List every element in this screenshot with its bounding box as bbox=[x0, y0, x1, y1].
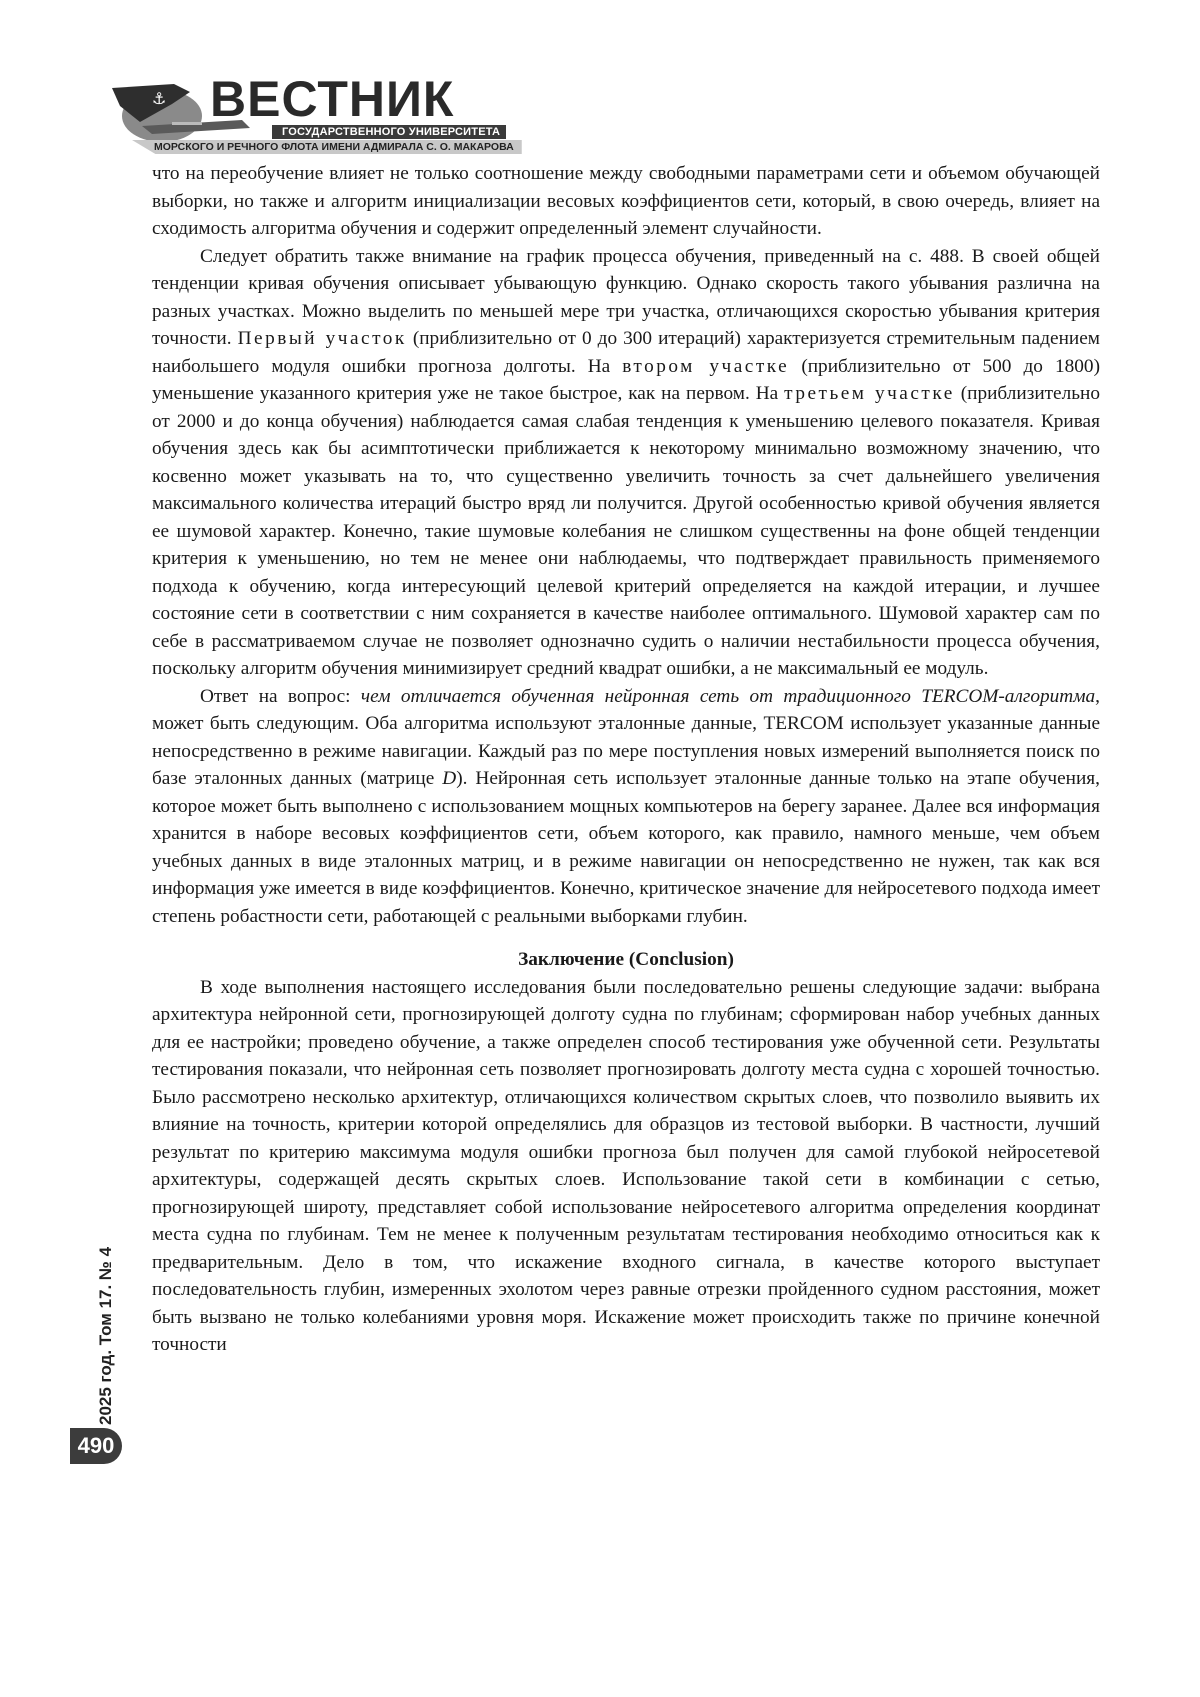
journal-subtitle-university: ГОСУДАРСТВЕННОГО УНИВЕРСИТЕТА bbox=[272, 125, 506, 139]
section-title-conclusion: Заключение (Conclusion) bbox=[152, 946, 1100, 974]
issue-info-text: 2025 год. Том 17. № 4 bbox=[96, 1247, 116, 1425]
svg-text:⚓: ⚓ bbox=[152, 89, 166, 108]
paragraph-3: Ответ на вопрос: чем отличается обученна… bbox=[152, 683, 1100, 931]
journal-title: ВЕСТНИК bbox=[210, 74, 454, 124]
paragraph-1: что на переобучение влияет не только соо… bbox=[152, 160, 1100, 243]
issue-info-vertical: 2025 год. Том 17. № 4 bbox=[66, 1225, 106, 1425]
paragraph-4: В ходе выполнения настоящего исследовани… bbox=[152, 974, 1100, 1359]
italic-question: чем отличается обученная нейронная сеть … bbox=[361, 686, 1095, 707]
page-number-badge: 490 bbox=[70, 1428, 122, 1464]
emphasis-second-segment: втором участке bbox=[622, 356, 789, 377]
journal-subtitle-fleet: МОРСКОГО И РЕЧНОГО ФЛОТА ИМЕНИ АДМИРАЛА … bbox=[132, 140, 522, 154]
text-run: ). Нейронная сеть использует эталонные д… bbox=[152, 768, 1100, 927]
paragraph-2: Следует обратить также внимание на графи… bbox=[152, 243, 1100, 683]
italic-matrix-symbol: D bbox=[442, 768, 456, 789]
text-run: (приблизительно от 2000 и до конца обуче… bbox=[152, 383, 1100, 679]
journal-masthead: ⚓ ВЕСТНИК ГОСУДАРСТВЕННОГО УНИВЕРСИТЕТА … bbox=[112, 72, 472, 152]
text-run: Ответ на вопрос: bbox=[200, 686, 361, 707]
emphasis-third-segment: третьем участке bbox=[784, 383, 955, 404]
article-body: что на переобучение влияет не только соо… bbox=[152, 160, 1100, 1359]
emphasis-first-segment: Первый участок bbox=[238, 328, 407, 349]
